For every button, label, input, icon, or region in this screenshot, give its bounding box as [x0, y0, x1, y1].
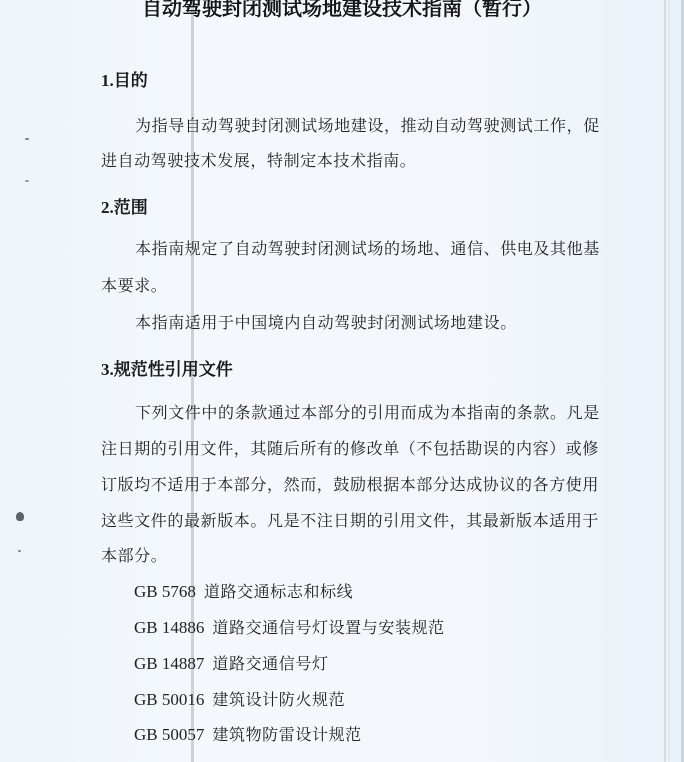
paragraph-line: 本指南规定了自动驾驶封闭测试场的场地、通信、供电及其他基 [135, 236, 600, 259]
reference-code: GB 14886 [134, 618, 204, 637]
section-title: 规范性引用文件 [114, 360, 233, 380]
reference-title: 道路交通标志和标线 [204, 582, 353, 601]
paragraph-line: 下列文件中的条款通过本部分的引用而成为本指南的条款。凡是 [135, 400, 600, 423]
reference-item: GB 50016建筑设计防火规范 [134, 687, 345, 710]
reference-item: GB 14886道路交通信号灯设置与安装规范 [134, 615, 445, 638]
reference-item: GB 14887道路交通信号灯 [134, 651, 329, 674]
reference-code: GB 50016 [134, 690, 204, 709]
reference-item: GB 50057建筑物防雷设计规范 [134, 722, 362, 745]
scan-speck [18, 550, 21, 552]
section-heading-normative-references: 3.规范性引用文件 [101, 355, 233, 380]
paragraph-line: 订版均不适用于本部分，然而，鼓励根据本部分达成协议的各方使用 [101, 472, 599, 495]
paragraph-line: 本要求。 [101, 273, 167, 296]
section-title: 范围 [114, 198, 148, 218]
scan-speck [25, 180, 29, 182]
paragraph-line: 进自动驾驶技术发展，特制定本技术指南。 [101, 148, 416, 171]
reference-title: 建筑物防雷设计规范 [212, 725, 361, 744]
paragraph-line: 注日期的引用文件，其随后所有的修改单（不包括勘误的内容）或修 [101, 436, 599, 459]
page-edge-line [668, 0, 670, 762]
reference-code: GB 50057 [134, 725, 204, 744]
reference-title: 建筑设计防火规范 [212, 690, 345, 709]
reference-title: 道路交通信号灯设置与安装规范 [212, 618, 444, 637]
scanned-page: 自动驾驶封闭测试场地建设技术指南（暂行） 1.目的 为指导自动驾驶封闭测试场地建… [0, 0, 684, 762]
reference-code: GB 14887 [134, 654, 204, 673]
reference-title: 道路交通信号灯 [212, 654, 328, 673]
document-title: 自动驾驶封闭测试场地建设技术指南（暂行） [0, 0, 684, 21]
page-edge-line [664, 0, 666, 762]
paragraph-line: 为指导自动驾驶封闭测试场地建设，推动自动驾驶测试工作，促 [135, 113, 600, 136]
paragraph-line: 这些文件的最新版本。凡是不注日期的引用文件，其最新版本适用于 [101, 508, 599, 531]
paragraph-line: 本部分。 [101, 543, 167, 566]
section-number: 3. [101, 360, 114, 379]
scan-speck [25, 138, 29, 140]
section-number: 1. [101, 71, 114, 90]
paragraph-line: 本指南适用于中国境内自动驾驶封闭测试场地建设。 [135, 310, 517, 333]
section-heading-purpose: 1.目的 [101, 66, 148, 91]
binding-hole-mark [16, 512, 24, 521]
reference-item: GB 5768道路交通标志和标线 [134, 579, 353, 602]
reference-code: GB 5768 [134, 582, 196, 601]
section-title: 目的 [114, 71, 148, 91]
section-number: 2. [101, 198, 114, 217]
section-heading-scope: 2.范围 [101, 193, 148, 218]
